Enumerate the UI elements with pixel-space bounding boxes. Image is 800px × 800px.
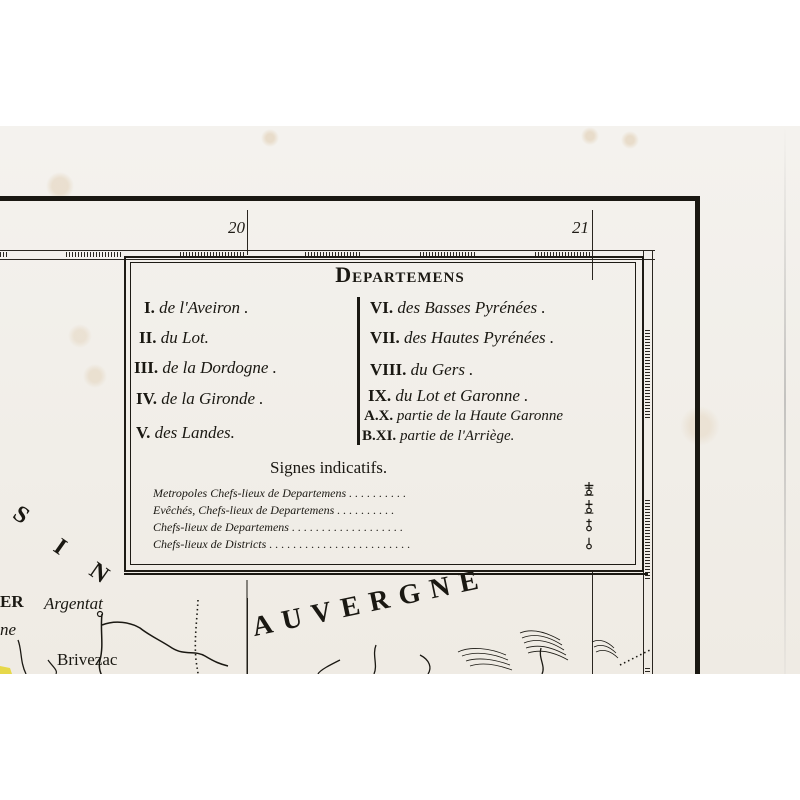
bottom-margin [0,674,800,800]
